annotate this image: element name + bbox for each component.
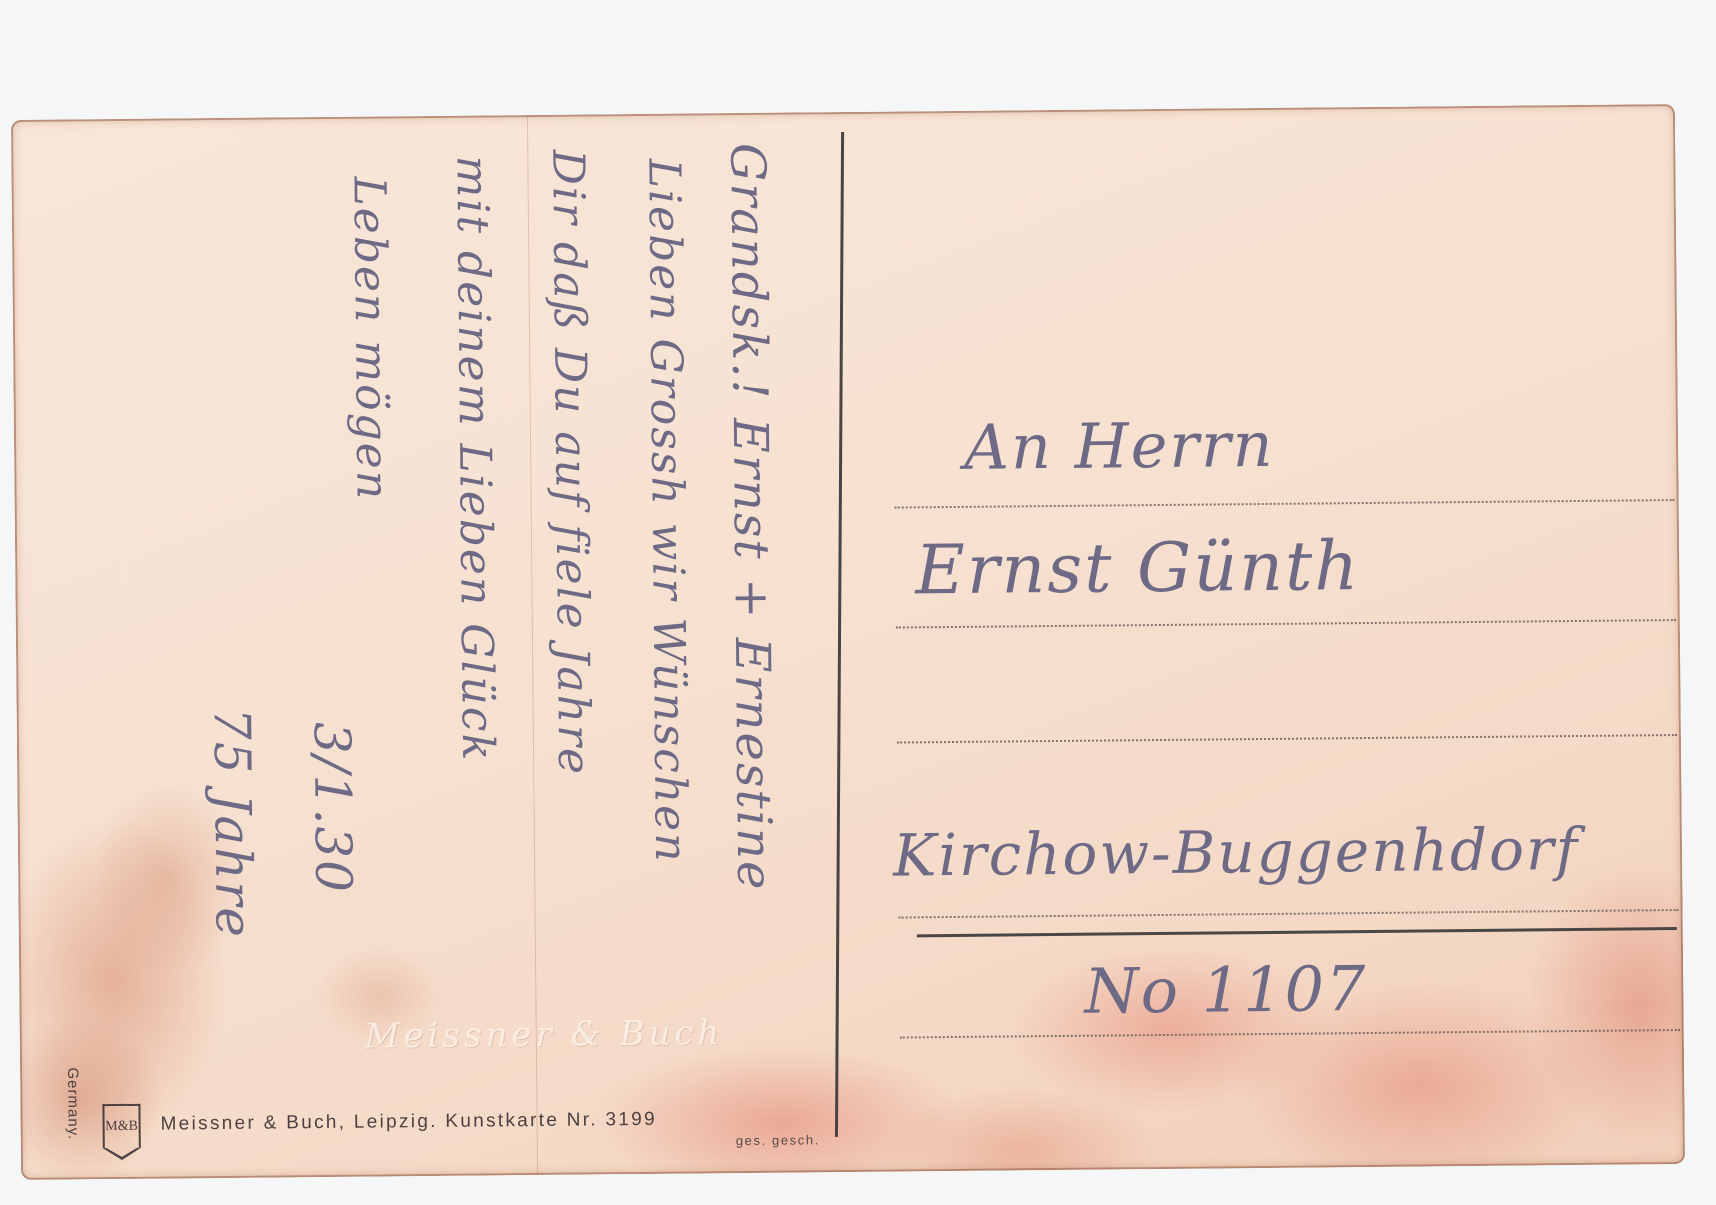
publisher-imprint: Meissner & Buch, Leipzig. Kunstkarte Nr.… [160, 1109, 657, 1136]
message-column-1: Grandsk.! Ernst + Ernestine [723, 143, 778, 892]
message-column-5: Leben mögen [347, 176, 394, 501]
logo-text: M&B [105, 1119, 138, 1134]
address-line-1 [895, 499, 1675, 508]
address-recipient-name: Ernst Günth [915, 527, 1361, 610]
address-recipient-title: An Herrn [964, 408, 1275, 484]
country-imprint: Germany. [64, 1067, 82, 1140]
address-house-number: No 1107 [1084, 952, 1368, 1028]
message-age: 75 Jahre [207, 708, 259, 940]
address-line-3 [897, 734, 1677, 743]
message-column-3: Dir daß Du auf fiele Jahre [545, 149, 595, 776]
embossed-signature: Meissner & Buch [365, 1013, 724, 1056]
publisher-logo-icon: M&B [102, 1104, 140, 1148]
address-town: Kirchow-Buggenhdorf [893, 815, 1580, 890]
address-line-5 [900, 1029, 1680, 1038]
message-date: 3/1.30 [307, 722, 359, 894]
message-column-4: mit deinem Lieben Glück [449, 155, 499, 762]
message-column-2: Lieben Grossh wir Wünschen [641, 159, 692, 864]
address-underline [917, 927, 1677, 937]
message-address-divider [835, 132, 844, 1137]
address-line-4 [899, 909, 1679, 918]
protection-notice: ges. gesch. [736, 1132, 820, 1148]
postcard-back: Grandsk.! Ernst + Ernestine Lieben Gross… [11, 104, 1685, 1180]
address-line-2 [896, 619, 1676, 628]
